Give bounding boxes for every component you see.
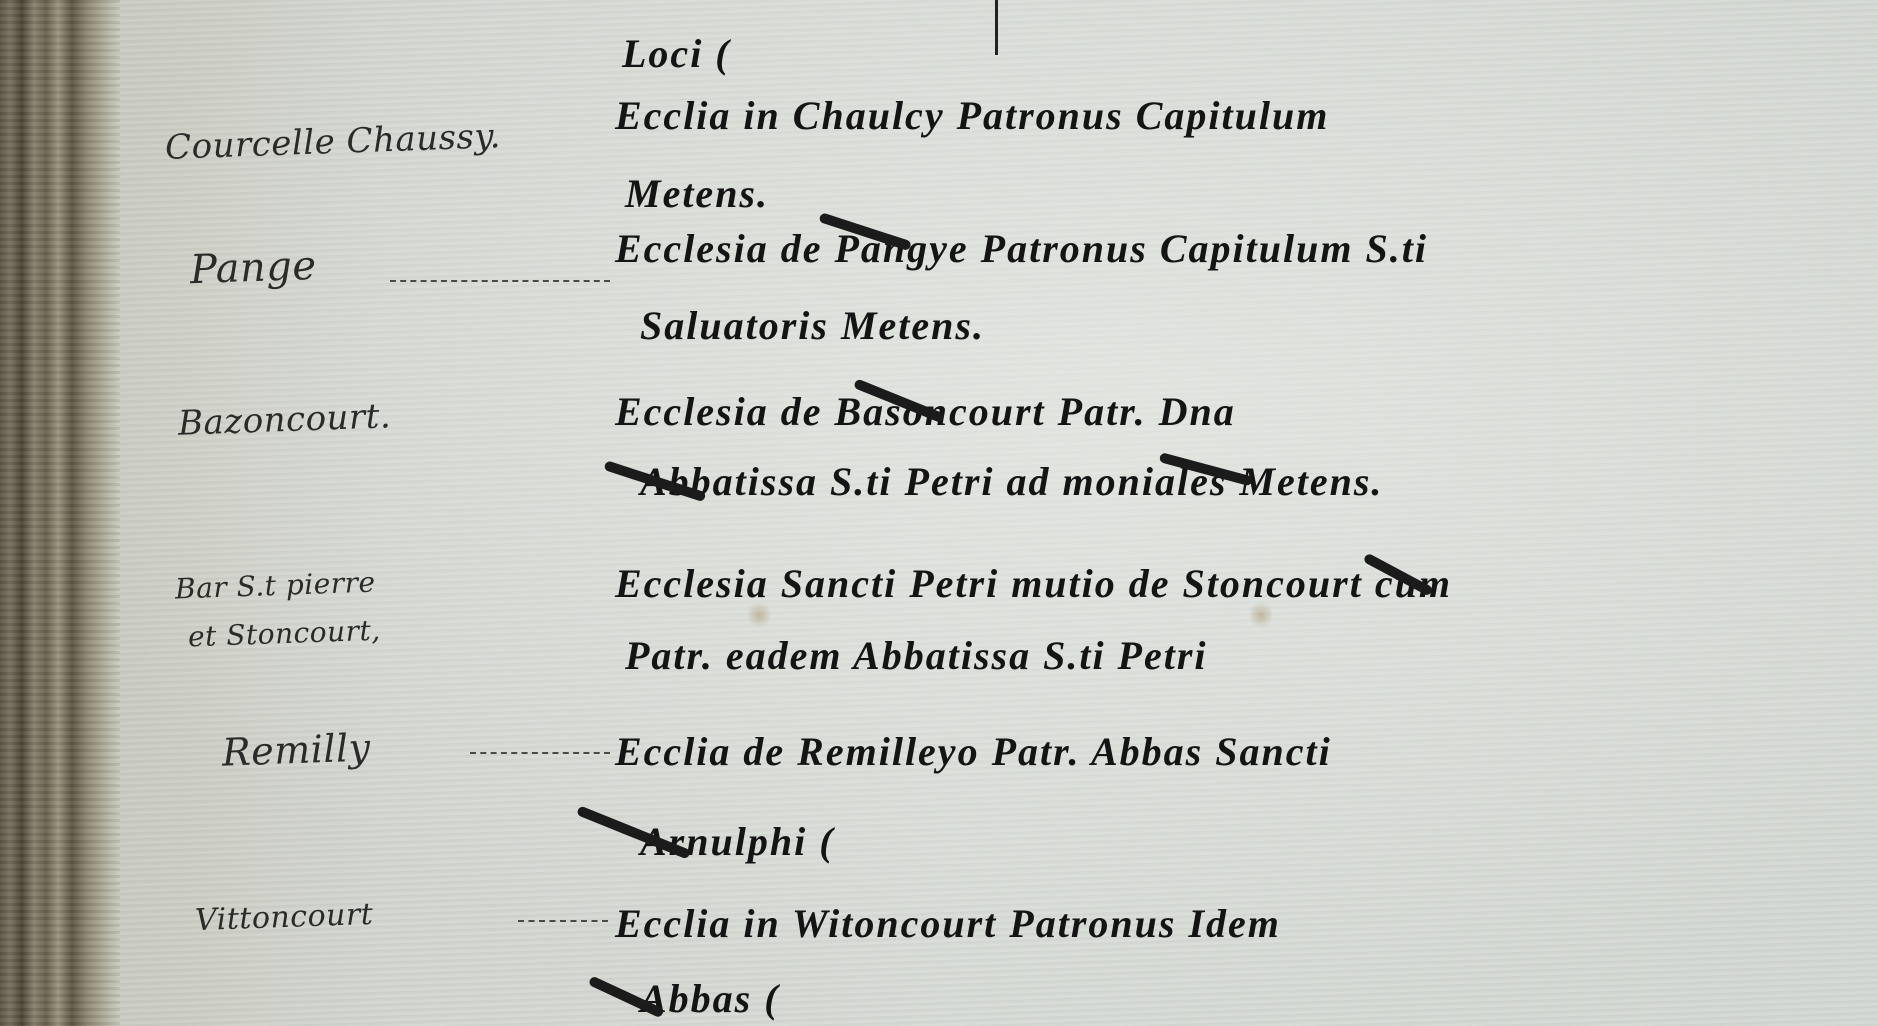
margin-name-pange: Pange bbox=[189, 243, 317, 293]
margin-name-vittoncourt: Vittoncourt bbox=[194, 897, 373, 938]
main-line: Ecclia in Chaulcy Patronus Capitulum bbox=[615, 92, 1329, 139]
margin-name-remilly: Remilly bbox=[221, 725, 371, 774]
margin-name-bazoncourt: Bazoncourt. bbox=[177, 396, 391, 443]
book-binding-gutter bbox=[0, 0, 120, 1026]
main-line: Saluatoris Metens. bbox=[640, 302, 985, 349]
main-line: Metens. bbox=[625, 170, 769, 217]
leader-line bbox=[390, 280, 610, 282]
main-line: Loci ( bbox=[622, 30, 731, 77]
ink-stroke bbox=[995, 0, 998, 55]
leader-line bbox=[518, 920, 608, 922]
main-line: Ecclesia Sancti Petri mutio de Stoncourt… bbox=[615, 560, 1452, 607]
manuscript-page: Courcelle Chaussy. Pange Bazoncourt. Bar… bbox=[0, 0, 1878, 1026]
main-line: Patr. eadem Abbatissa S.ti Petri bbox=[625, 632, 1208, 679]
leader-line bbox=[470, 752, 610, 754]
margin-name-bar-st-pierre: Bar S.t pierre bbox=[175, 567, 377, 606]
main-line: Ecclia de Remilleyo Patr. Abbas Sancti bbox=[615, 728, 1332, 775]
margin-name-courcelles-chaussy: Courcelle Chaussy. bbox=[164, 116, 501, 168]
margin-name-stoncourt: et Stoncourt, bbox=[188, 615, 382, 654]
main-line: Ecclesia de Pangye Patronus Capitulum S.… bbox=[615, 225, 1428, 272]
main-line: Ecclia in Witoncourt Patronus Idem bbox=[615, 900, 1281, 947]
main-line: Abbatissa S.ti Petri ad moniales Metens. bbox=[640, 458, 1383, 505]
